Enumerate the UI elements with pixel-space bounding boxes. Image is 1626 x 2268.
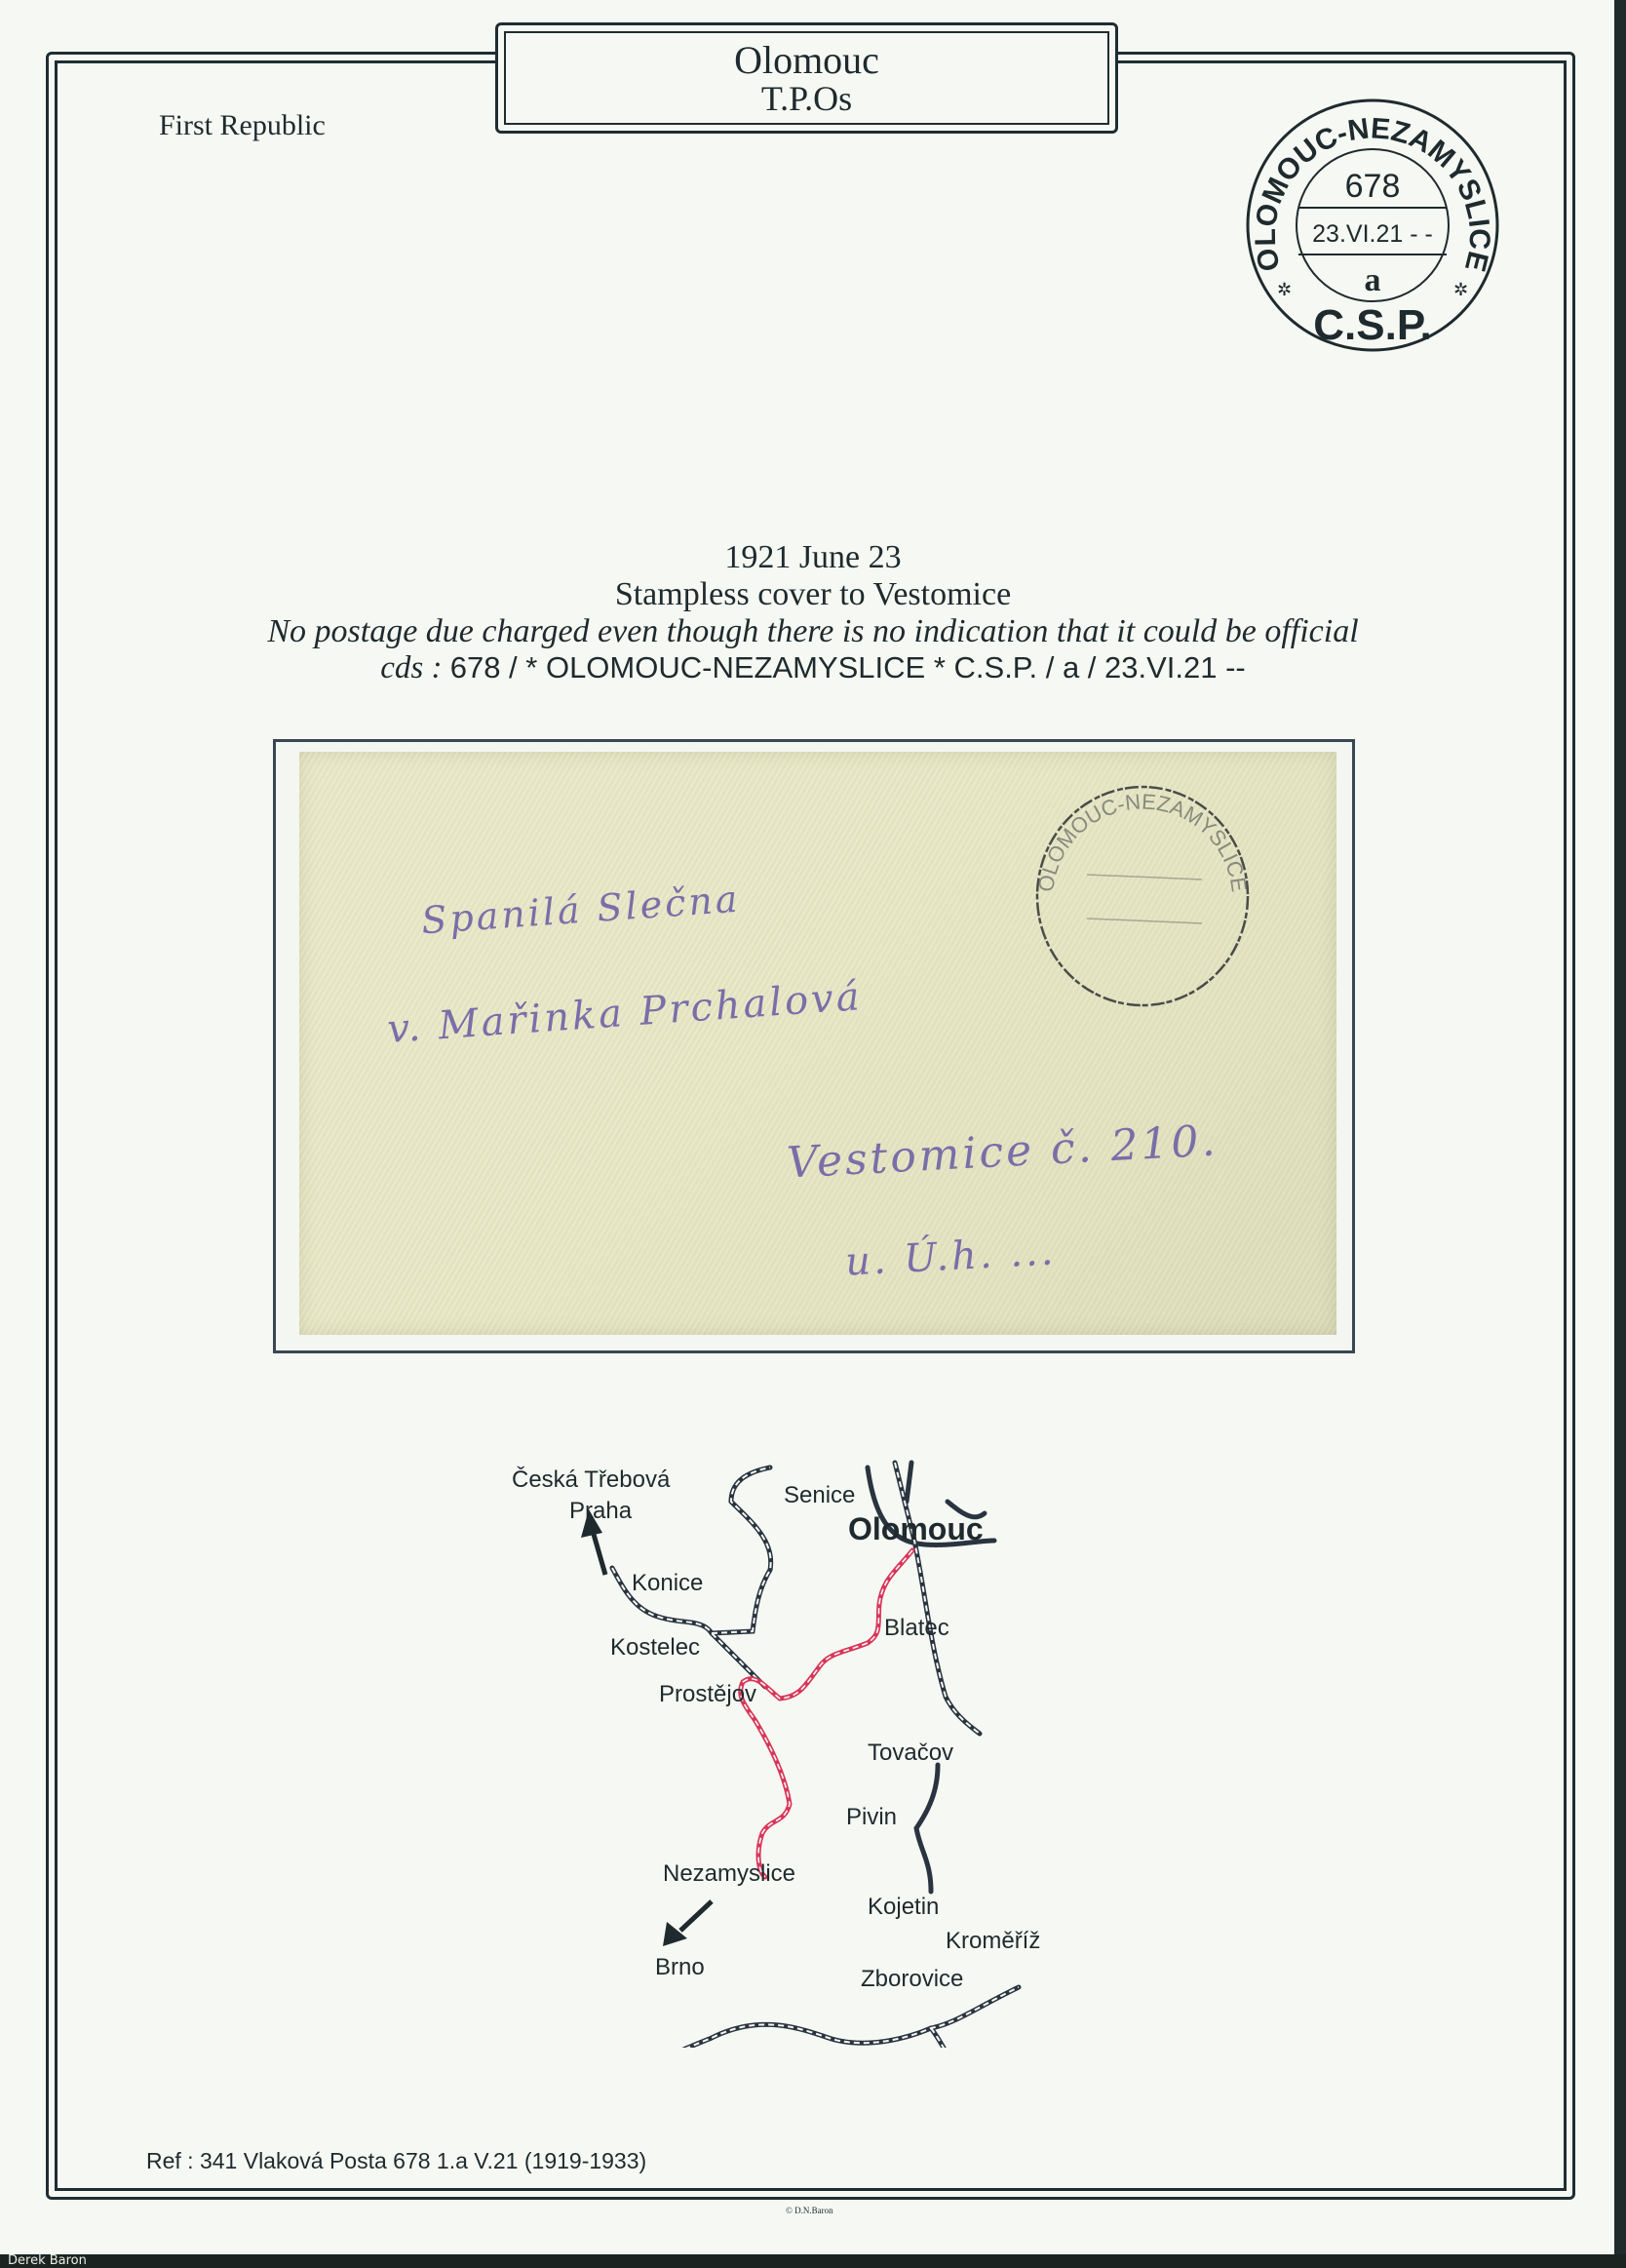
stamp-letter: a [1365,262,1381,298]
envelope-image: OLOMOUC-NEZAMYSLICE Spanilá Slečna v. Ma… [299,752,1336,1335]
arrow-to-brno-icon [663,1901,712,1946]
stamp-number: 678 [1345,168,1401,205]
map-label-zborovice: Zborovice [861,1966,963,1993]
star-icon: ✲ [1277,280,1292,300]
stamp-bottom-text: C.S.P. [1313,301,1431,349]
map-label-brno: Brno [655,1954,705,1981]
postmark-illustration: OLOMOUC-NEZAMYSLICE 678 23.VI.21 - - a C… [1243,96,1502,355]
railway-lines [487,1443,1072,2048]
map-label-senice: Senice [784,1482,855,1509]
map-label-praha: Praha [569,1498,632,1525]
section-label: First Republic [159,109,326,142]
svg-text:OLOMOUC-NEZAMYSLICE: OLOMOUC-NEZAMYSLICE [1033,789,1252,893]
cover-note: No postage due charged even though there… [0,613,1626,650]
envelope-postmark: OLOMOUC-NEZAMYSLICE [1028,782,1257,1010]
map-label-pivin: Pivin [846,1804,897,1831]
map-label-konice: Konice [632,1570,703,1597]
title-box: Olomouc T.P.Os [495,22,1118,134]
cover-description: Stampless cover to Vestomice [0,576,1626,613]
map-label-blatec: Blatec [884,1615,949,1642]
page-subtitle: T.P.Os [506,80,1107,117]
watermark: Derek Baron [8,2254,87,2268]
map-label-olomouc: Olomouc [848,1511,984,1547]
map-label-kostelec: Kostelec [610,1634,700,1662]
map-label-kojetin: Kojetin [868,1894,939,1921]
star-icon: ✲ [1453,280,1468,300]
map-label-tovacov: Tovačov [868,1740,953,1767]
stamp-date: 23.VI.21 - - [1312,220,1433,248]
map-label-kromeriz: Kroměříž [946,1928,1040,1955]
map-label-nezamyslice: Nezamyslice [663,1860,795,1888]
map-label-ceska-trebova: Česká Třebová [512,1466,670,1494]
scan-edge-bottom [0,2254,1626,2268]
copyright: © D.N.Baron [786,2206,833,2215]
cover-date: 1921 June 23 [0,539,1626,576]
cds-value: 678 / * OLOMOUC-NEZAMYSLICE * C.S.P. / a… [450,650,1246,684]
page-title: Olomouc [506,41,1107,80]
cds-line: cds : 678 / * OLOMOUC-NEZAMYSLICE * C.S.… [0,650,1626,686]
scan-edge-right [1614,0,1626,2268]
reference-note: Ref : 341 Vlaková Posta 678 1.a V.21 (19… [146,2148,646,2174]
map-label-prostejov: Prostějov [659,1681,756,1708]
cds-label: cds : [380,650,442,685]
railway-map: Česká Třebová Praha Senice Olomouc Konic… [487,1443,1072,2048]
